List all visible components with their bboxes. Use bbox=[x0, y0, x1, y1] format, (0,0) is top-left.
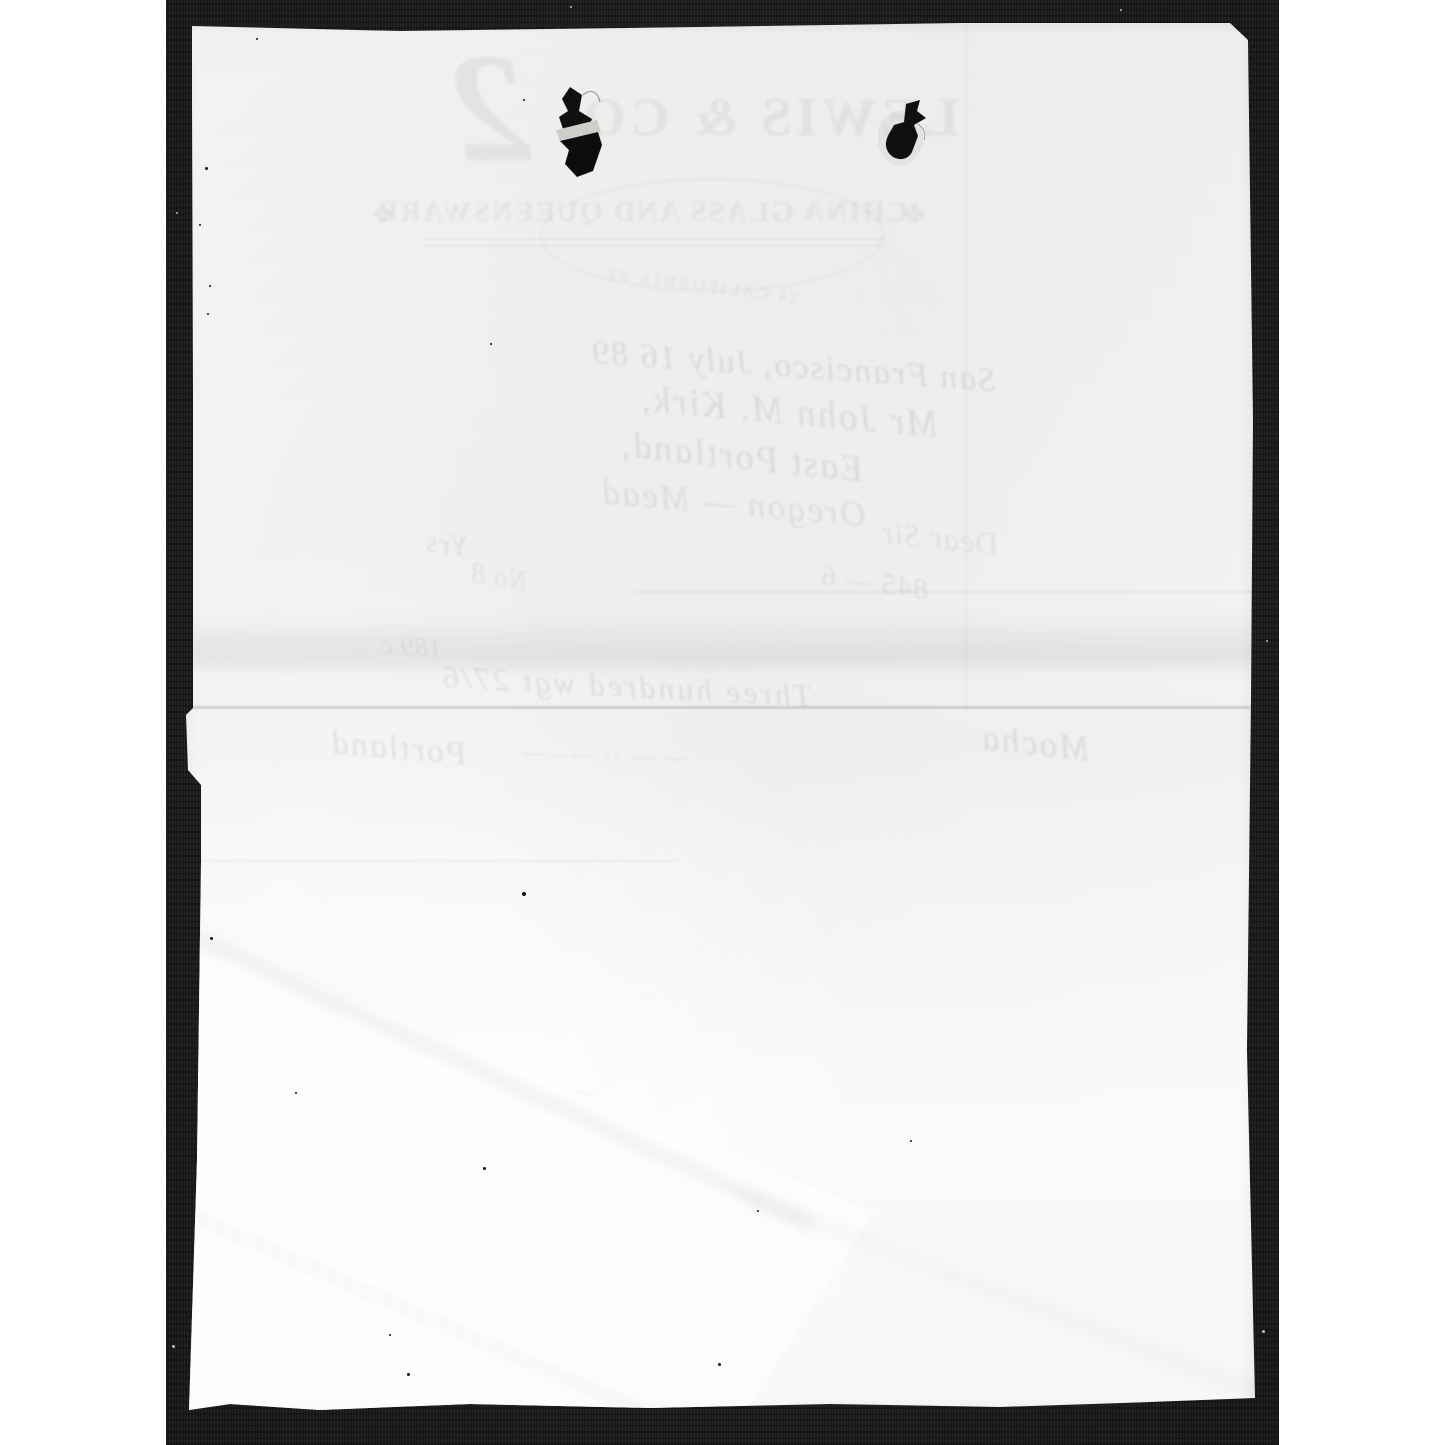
fold-shadow-band bbox=[184, 615, 1258, 670]
diagonal-fold-shadow bbox=[167, 919, 817, 1234]
ghost-numeral: 2 bbox=[452, 18, 530, 198]
ink-blot-right bbox=[878, 98, 932, 172]
diagonal-fold-shadow-continuation bbox=[741, 1188, 1269, 1402]
horizontal-fold-crease bbox=[184, 706, 1258, 709]
ghost-company-name: LEWIS & CO. bbox=[560, 86, 959, 148]
ghost-banner-text: CHINA GLASS AND QUEENSWARE bbox=[396, 196, 908, 229]
ghost-address-text: 24 CALIFORNIA ST. bbox=[598, 264, 800, 308]
ghost-banner-ornament-right: ❖ bbox=[902, 198, 927, 232]
upper-fold-crease bbox=[635, 591, 1258, 593]
lower-fold-crease bbox=[184, 860, 678, 862]
paper-edge-shading bbox=[184, 20, 1258, 1414]
vertical-fold-crease bbox=[965, 24, 967, 710]
diagonal-fold-shadow-lower bbox=[172, 1202, 672, 1428]
ghost-address-oval bbox=[540, 178, 884, 292]
ghost-banner-ornament-left: ❖ bbox=[370, 198, 395, 232]
ghost-banner-rule bbox=[424, 238, 884, 240]
ghost-banner-rule bbox=[424, 245, 884, 247]
letter-paper-reverse-side: 2 LEWIS & CO. CHINA GLASS AND QUEENSWARE… bbox=[184, 20, 1258, 1414]
ink-blot-left bbox=[548, 83, 606, 179]
bottom-left-bright-flap bbox=[184, 20, 1258, 1414]
photograph-of-letter-back: 2 LEWIS & CO. CHINA GLASS AND QUEENSWARE… bbox=[0, 0, 1445, 1445]
